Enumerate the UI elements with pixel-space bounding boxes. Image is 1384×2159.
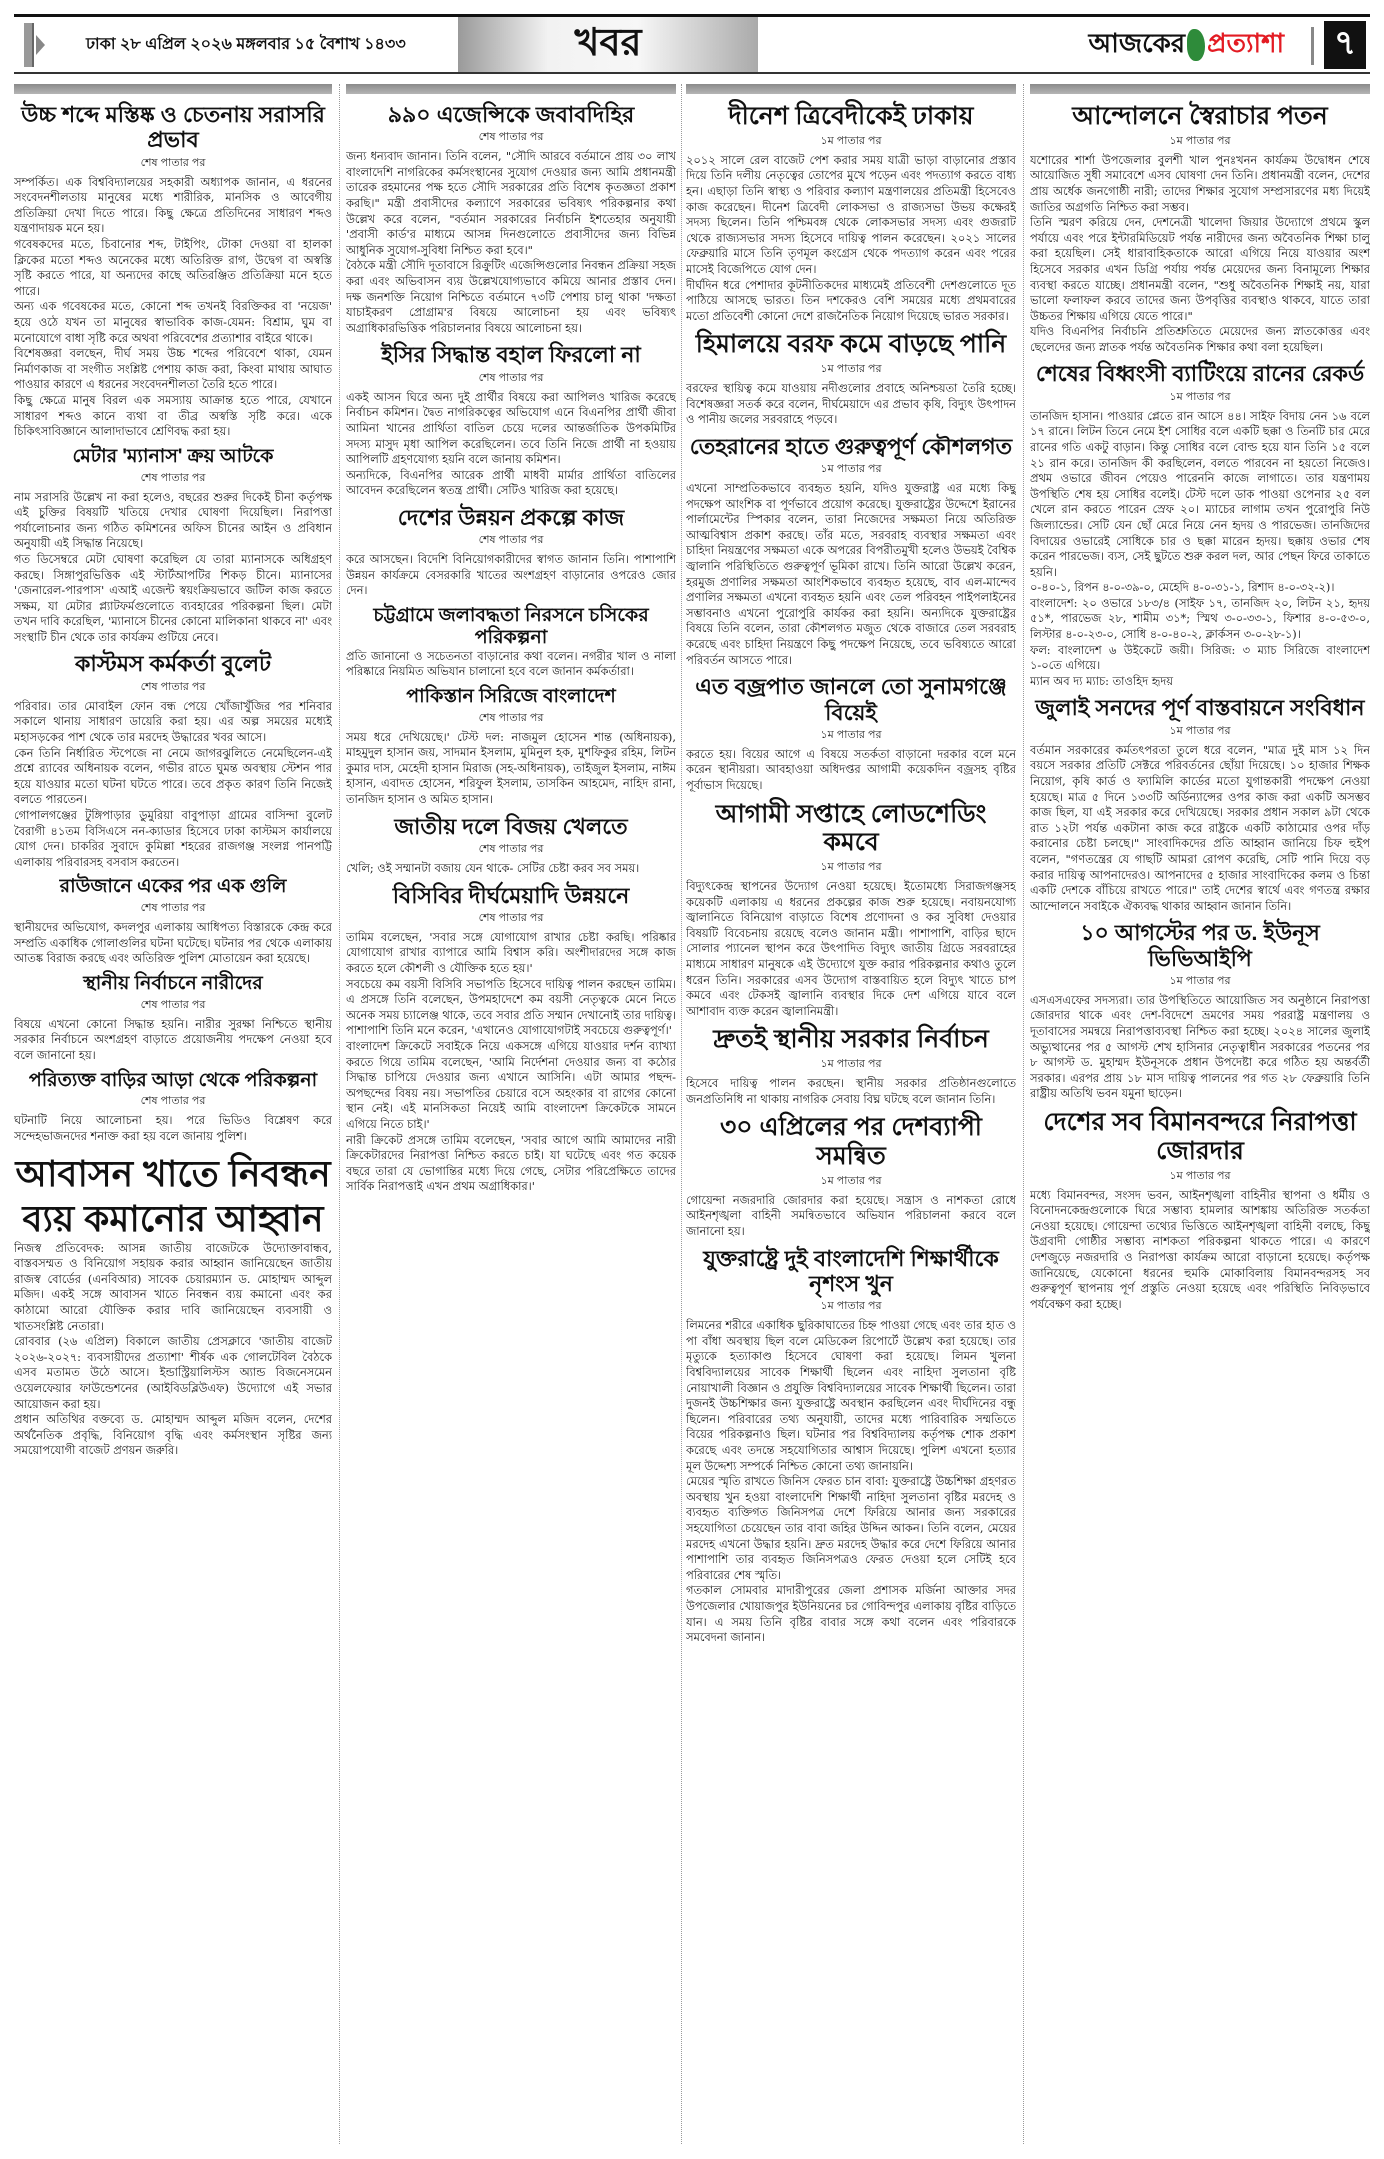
article-paragraph: বিদ্যুৎকেন্দ্র স্থাপনের উদ্যোগ নেওয়া হয…: [686, 879, 1016, 1019]
match-result: ফল: বাংলাদেশ ৬ উইকেটে জয়ী। সিরিজ: ৩ ম্য…: [1030, 643, 1370, 674]
continuation-label: শেষ পাতার পর: [14, 899, 332, 918]
article-headline: বিসিবির দীর্ঘমেয়াদি উন্নয়নে: [346, 883, 676, 908]
column-1: উচ্চ শব্দে মস্তিষ্ক ও চেতনায় সরাসরি প্র…: [14, 84, 332, 2154]
column-top-bar: [346, 84, 676, 94]
continuation-label: শেষ পাতার পর: [346, 531, 676, 550]
article-paragraph: প্রধান অতিথির বক্তব্যে ড. মোহাম্মদ আব্দু…: [14, 1412, 332, 1459]
column-top-bar: [686, 84, 1016, 94]
continuation-label: ১ম পাতার পর: [686, 1055, 1016, 1074]
date-line: ঢাকা ২৮ এপ্রিল ২০২৬ মঙ্গলবার ১৫ বৈশাখ ১৪…: [86, 31, 486, 58]
article-paragraph: বিশেষজ্ঞরা বলছেন, দীর্ঘ সময় উচ্চ শব্দের…: [14, 346, 332, 393]
continuation-label: ১ম পাতার পর: [1030, 1167, 1370, 1186]
article-paragraph: যশোরের শার্শা উপজেলার বুলশী খাল পুনঃখনন …: [1030, 153, 1370, 215]
continuation-label: ১ম পাতার পর: [686, 132, 1016, 151]
article-paragraph: তানজিদ হাসান। পাওয়ার প্লেতে রান আসে ৪৪।…: [1030, 409, 1370, 581]
article: রাউজানে একের পর এক গুলি শেষ পাতার পর স্থ…: [14, 876, 332, 967]
column-top-bar: [1030, 84, 1370, 94]
column-2: ৯৯০ এজেন্সিকে জবাবদিহির শেষ পাতার পর জন্…: [346, 84, 676, 2154]
continuation-label: শেষ পাতার পর: [14, 154, 332, 173]
continuation-label: শেষ পাতার পর: [346, 128, 676, 147]
article: ৩০ এপ্রিলের পর দেশব্যাপী সমন্বিত ১ম পাতা…: [686, 1113, 1016, 1239]
article-headline: দেশের উন্নয়ন প্রকল্পে কাজ: [346, 505, 676, 530]
article-paragraph: নিজস্ব প্রতিবেদক: আসন্ন জাতীয় বাজেটকে উ…: [14, 1241, 332, 1335]
article-paragraph: মধ্যে বিমানবন্দর, সংসদ ভবন, আইনশৃঙ্খলা ব…: [1030, 1188, 1370, 1313]
continuation-label: ১ম পাতার পর: [686, 726, 1016, 745]
article-headline: ১০ আগস্টের পর ড. ইউনূস ভিভিআইপি: [1030, 920, 1370, 971]
continuation-label: শেষ পাতার পর: [14, 1092, 332, 1111]
article-paragraph: অন্য এক গবেষকের মতে, কোনো শব্দ তখনই বিরক…: [14, 299, 332, 346]
article-paragraph: সময় ধরে দেখিয়েছে।' টেস্ট দল: নাজমুল হো…: [346, 730, 676, 808]
article-paragraph: প্রতি জানানো ও সচেতনতা বাড়ানোর কথা বলেন…: [346, 649, 676, 680]
column-3: দীনেশ ত্রিবেদীকেই ঢাকায় ১ম পাতার পর ২০১…: [686, 84, 1016, 2154]
article-headline: পরিত্যক্ত বাড়ির আড়া থেকে পরিকল্পনা: [14, 1070, 332, 1092]
article: যুক্তরাষ্ট্রে দুই বাংলাদেশি শিক্ষার্থীকে…: [686, 1246, 1016, 1646]
continuation-label: ১ম পাতার পর: [1030, 722, 1370, 741]
article-headline: মেটার 'ম্যানাস' ক্রয় আটকে: [14, 446, 332, 468]
article-paragraph: সবচেয়ে কম বয়সী বিসিবি সভাপতি হিসেবে দা…: [346, 977, 676, 1039]
article-headline: দেশের সব বিমানবন্দরে নিরাপত্তা জোরদার: [1030, 1108, 1370, 1166]
article-headline: চট্টগ্রামে জলাবদ্ধতা নিরসনে চসিকের পরিকল…: [346, 605, 676, 649]
article-headline: ৩০ এপ্রিলের পর দেশব্যাপী সমন্বিত: [686, 1113, 1016, 1171]
article-headline: উচ্চ শব্দে মস্তিষ্ক ও চেতনায় সরাসরি প্র…: [14, 102, 332, 153]
article-paragraph: কিছু ক্ষেত্রে মানুষ বিরল এক সমস্যায় আক্…: [14, 393, 332, 440]
article-paragraph: নারী ক্রিকেট প্রসঙ্গে তামিম বলেছেন, 'সবা…: [346, 1133, 676, 1195]
article-paragraph: রোববার (২৬ এপ্রিল) বিকালে জাতীয় প্রেসক্…: [14, 1334, 332, 1412]
continuation-label: ১ম পাতার পর: [1030, 972, 1370, 991]
article-headline: আবাসন খাতে নিবন্ধন ব্যয় কমানোর আহ্বান: [14, 1151, 332, 1241]
article: হিমালয়ে বরফ কমে বাড়ছে পানি ১ম পাতার পর…: [686, 330, 1016, 428]
article-paragraph: ঘটনাটি নিয়ে আলোচনা হয়। পরে ভিডিও বিশ্ল…: [14, 1113, 332, 1144]
article-paragraph: বাংলাদেশ ক্রিকেটে সবাইকে নিয়ে একসঙ্গে এ…: [346, 1039, 676, 1133]
article: আন্দোলনে স্বৈরাচার পতন ১ম পাতার পর যশোরে…: [1030, 102, 1370, 355]
article: দেশের উন্নয়ন প্রকল্পে কাজ শেষ পাতার পর …: [346, 505, 676, 599]
continuation-label: শেষ পাতার পর: [14, 469, 332, 488]
article-paragraph: তিনি স্মরণ করিয়ে দেন, দেশনেত্রী খালেদা …: [1030, 215, 1370, 324]
continuation-label: শেষ পাতার পর: [346, 909, 676, 928]
article: শেষের বিধ্বংসী ব্যাটিংয়ে রানের রেকর্ড ১…: [1030, 361, 1370, 689]
article-paragraph: গোয়েন্দা নজরদারি জোরদার করা হয়েছে। সন্…: [686, 1193, 1016, 1240]
article: আবাসন খাতে নিবন্ধন ব্যয় কমানোর আহ্বান ন…: [14, 1151, 332, 1459]
article-paragraph: বৈঠকে মন্ত্রী সৌদি দূতাবাসে রিক্রুটিং এজ…: [346, 258, 676, 336]
article: পরিত্যক্ত বাড়ির আড়া থেকে পরিকল্পনা শেষ…: [14, 1070, 332, 1145]
article: দেশের সব বিমানবন্দরে নিরাপত্তা জোরদার ১ম…: [1030, 1108, 1370, 1312]
article-headline: স্থানীয় নির্বাচনে নারীদের: [14, 973, 332, 995]
article-paragraph: গোপালগঞ্জের টুঙ্গিপাড়ার ডুমুরিয়া বাবুপ…: [14, 808, 332, 870]
article: জুলাই সনদের পূর্ণ বাস্তবায়নে সংবিধান ১ম…: [1030, 695, 1370, 914]
article: তেহরানের হাতে গুরুত্বপূর্ণ কৌশলগত ১ম পাত…: [686, 434, 1016, 668]
article: ইসির সিদ্ধান্ত বহাল ফিরলো না শেষ পাতার প…: [346, 342, 676, 498]
article: কাস্টমস কর্মকর্তা বুলেট শেষ পাতার পর পরি…: [14, 651, 332, 870]
bangladesh-map-icon: [1187, 29, 1205, 61]
article-paragraph: লিমনের শরীরে একাধিক ছুরিকাঘাতের চিহ্ন পা…: [686, 1318, 1016, 1474]
article-headline: আন্দোলনে স্বৈরাচার পতন: [1030, 102, 1370, 131]
article-paragraph: তামিম বলেছেন, 'সবার সঙ্গে যোগাযোগ রাখার …: [346, 930, 676, 977]
article: মেটার 'ম্যানাস' ক্রয় আটকে শেষ পাতার পর …: [14, 446, 332, 646]
article-headline: যুক্তরাষ্ট্রে দুই বাংলাদেশি শিক্ষার্থীকে…: [686, 1246, 1016, 1297]
article-headline: দীনেশ ত্রিবেদীকেই ঢাকায়: [686, 102, 1016, 131]
article-headline: ৯৯০ এজেন্সিকে জবাবদিহির: [346, 102, 676, 127]
article-paragraph: খেলি; ওই সম্মানটা বজায় যেন থাকে- সেটির …: [346, 861, 676, 877]
article-headline: দ্রুতই স্থানীয় সরকার নির্বাচন: [686, 1025, 1016, 1054]
divider: [1311, 27, 1314, 65]
column-4: আন্দোলনে স্বৈরাচার পতন ১ম পাতার পর যশোরে…: [1030, 84, 1370, 2154]
article-headline: তেহরানের হাতে গুরুত্বপূর্ণ কৌশলগত: [686, 434, 1016, 459]
article-headline: কাস্টমস কর্মকর্তা বুলেট: [14, 651, 332, 676]
scorecard-line: ০-৪০-১, রিপন ৪-০-৩৯-০, মেহেদি ৪-০-৩১-১, …: [1030, 580, 1370, 596]
article-paragraph: বরফের স্থায়িত্ব কমে যাওয়ায় নদীগুলোর প…: [686, 381, 1016, 428]
article-paragraph: স্থানীয়দের অভিযোগ, কদলপুর এলাকায় আধিপত…: [14, 920, 332, 967]
continuation-label: ১ম পাতার পর: [1030, 388, 1370, 407]
continuation-label: ১ম পাতার পর: [686, 858, 1016, 877]
scorecard-line: বাংলাদেশ: ২০ ওভারে ১৮৩/৪ (সাইফ ১৭, তানজি…: [1030, 596, 1370, 643]
article: দীনেশ ত্রিবেদীকেই ঢাকায় ১ম পাতার পর ২০১…: [686, 102, 1016, 324]
continuation-label: ১ম পাতার পর: [1030, 132, 1370, 151]
article-paragraph: একই আসন ঘিরে অন্য দুই প্রার্থীর বিষয়ে ক…: [346, 390, 676, 468]
article-paragraph: গবেষকদের মতে, চিবানোর শব্দ, টাইপিং, টোকা…: [14, 237, 332, 299]
article: এত বজ্রপাত জানলে তো সুনামগঞ্জে বিয়েই ১ম…: [686, 674, 1016, 793]
masthead: ঢাকা ২৮ এপ্রিল ২০২৬ মঙ্গলবার ১৫ বৈশাখ ১৪…: [14, 14, 1370, 74]
article: চট্টগ্রামে জলাবদ্ধতা নিরসনে চসিকের পরিকল…: [346, 605, 676, 680]
column-top-bar: [14, 84, 332, 94]
article-headline: ইসির সিদ্ধান্ত বহাল ফিরলো না: [346, 342, 676, 367]
article-paragraph: কেন তিনি নির্ধারিত স্টপেজে না নেমে জাগরঝ…: [14, 746, 332, 808]
logo-text-accent: প্রত্যাশা: [1207, 23, 1284, 67]
logo-text-primary: আজকের: [1089, 23, 1186, 67]
article-headline: জাতীয় দলে বিজয় খেলতে: [346, 814, 676, 839]
article-paragraph: সম্পর্কিত। এক বিশ্ববিদ্যালয়ের সহকারী অধ…: [14, 175, 332, 237]
column-divider: [1023, 84, 1024, 2144]
article-headline: শেষের বিধ্বংসী ব্যাটিংয়ে রানের রেকর্ড: [1030, 361, 1370, 386]
article-headline: এত বজ্রপাত জানলে তো সুনামগঞ্জে বিয়েই: [686, 674, 1016, 725]
article: জাতীয় দলে বিজয় খেলতে শেষ পাতার পর খেলি…: [346, 814, 676, 877]
article: পাকিস্তান সিরিজে বাংলাদেশ শেষ পাতার পর স…: [346, 686, 676, 808]
continuation-label: শেষ পাতার পর: [14, 678, 332, 697]
continuation-label: ১ম পাতার পর: [686, 460, 1016, 479]
article-paragraph: হিসেবে দায়িত্ব পালন করছেন। স্থানীয় সরক…: [686, 1076, 1016, 1107]
article-paragraph: নাম সরাসরি উল্লেখ না করা হলেও, বছরের শুর…: [14, 490, 332, 552]
article-paragraph: ২০১২ সালে রেল বাজেট পেশ করার সময় যাত্রী…: [686, 153, 1016, 278]
article-headline: পাকিস্তান সিরিজে বাংলাদেশ: [346, 686, 676, 708]
article-paragraph: যদিও বিএনপির নির্বাচনি প্রতিশ্রুতিতে মেয…: [1030, 324, 1370, 355]
article: বিসিবির দীর্ঘমেয়াদি উন্নয়নে শেষ পাতার …: [346, 883, 676, 1195]
article: উচ্চ শব্দে মস্তিষ্ক ও চেতনায় সরাসরি প্র…: [14, 102, 332, 440]
article: স্থানীয় নির্বাচনে নারীদের শেষ পাতার পর …: [14, 973, 332, 1064]
article-paragraph: করে আসছেন। বিদেশি বিনিয়োগকারীদের স্বাগত…: [346, 552, 676, 599]
article-paragraph: দীর্ঘদিন ধরে পেশাদার কূটনীতিকদের মাধ্যমে…: [686, 278, 1016, 325]
continuation-label: শেষ পাতার পর: [346, 369, 676, 388]
continuation-label: শেষ পাতার পর: [346, 709, 676, 728]
article-paragraph: এখনো সাম্প্রতিকভাবে ব্যবহৃত হয়নি, যদিও …: [686, 481, 1016, 668]
article: দ্রুতই স্থানীয় সরকার নির্বাচন ১ম পাতার …: [686, 1025, 1016, 1107]
article: ১০ আগস্টের পর ড. ইউনূস ভিভিআইপি ১ম পাতার…: [1030, 920, 1370, 1102]
continuation-label: ১ম পাতার পর: [686, 360, 1016, 379]
section-marker-icon: [24, 23, 46, 67]
article-headline: হিমালয়ে বরফ কমে বাড়ছে পানি: [686, 330, 1016, 359]
article: আগামী সপ্তাহে লোডশেডিং কমবে ১ম পাতার পর …: [686, 800, 1016, 1020]
article-paragraph: বর্তমান সরকারের কর্মতৎপরতা তুলে ধরে বলেন…: [1030, 743, 1370, 915]
article-paragraph: মেয়ের স্মৃতি রাখতে জিনিস ফেরত চান বাবা:…: [686, 1474, 1016, 1583]
article-headline: আগামী সপ্তাহে লোডশেডিং কমবে: [686, 800, 1016, 858]
continuation-label: শেষ পাতার পর: [14, 996, 332, 1015]
man-of-the-match: ম্যান অব দ্য ম্যাচ: তাওহিদ হৃদয়: [1030, 674, 1370, 690]
continuation-label: ১ম পাতার পর: [686, 1297, 1016, 1316]
column-divider: [339, 84, 340, 2144]
article-paragraph: করতে হয়। বিয়ের আগে এ বিষয়ে সতর্কতা বা…: [686, 747, 1016, 794]
continuation-label: শেষ পাতার পর: [346, 840, 676, 859]
article-paragraph: এসএসএফের সদস্যরা। তার উপস্থিতিতে আয়োজিত…: [1030, 993, 1370, 1102]
continuation-label: ১ম পাতার পর: [686, 1172, 1016, 1191]
article-paragraph: বিষয়ে এখনো কোনো সিদ্ধান্ত হয়নি। নারীর …: [14, 1017, 332, 1064]
article-paragraph: অন্যদিকে, বিএনপির আরেক প্রার্থী মাধবী মা…: [346, 468, 676, 499]
newspaper-page: ঢাকা ২৮ এপ্রিল ২০২৬ মঙ্গলবার ১৫ বৈশাখ ১৪…: [0, 0, 1384, 2159]
newspaper-logo: আজকের প্রত্যাশা: [1089, 25, 1284, 65]
section-title: খবর: [458, 17, 758, 72]
article-paragraph: জন্য ধন্যবাদ জানান। তিনি বলেন, "সৌদি আরব…: [346, 149, 676, 258]
article-headline: রাউজানে একের পর এক গুলি: [14, 876, 332, 898]
article-paragraph: গতকাল সোমবার মাদারীপুরের জেলা প্রশাসক মর…: [686, 1583, 1016, 1645]
article: ৯৯০ এজেন্সিকে জবাবদিহির শেষ পাতার পর জন্…: [346, 102, 676, 336]
article-paragraph: গত ডিসেম্বরে মেটা ঘোষণা করেছিল যে তারা ম…: [14, 552, 332, 646]
page-number: ৭: [1324, 21, 1366, 69]
article-headline: জুলাই সনদের পূর্ণ বাস্তবায়নে সংবিধান: [1030, 695, 1370, 720]
article-paragraph: পরিবার। তার মোবাইল ফোন বন্ধ পেয়ে খোঁজাখ…: [14, 699, 332, 746]
column-divider: [681, 84, 682, 2144]
